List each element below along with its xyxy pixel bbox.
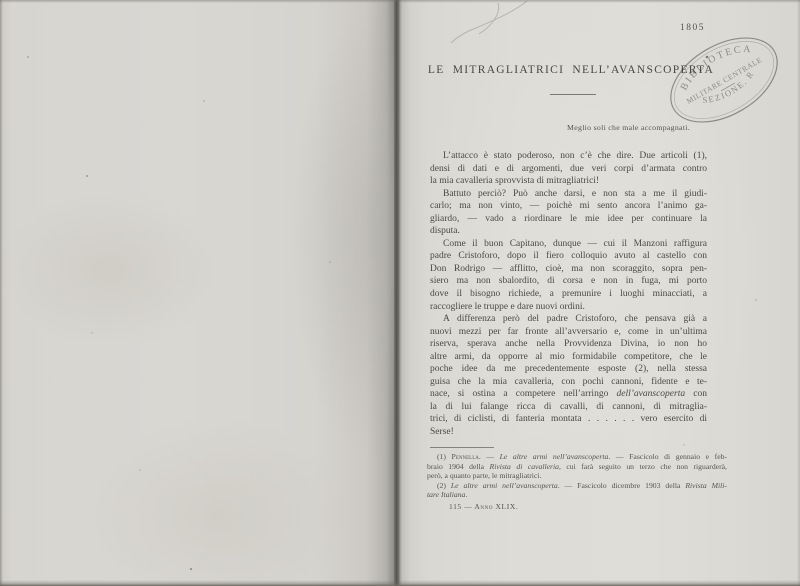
body-line: Don Rodrigo — afflitto, cioè, ma non sco… [430,264,707,277]
text-segment: però, a quanto parte, le mitragliatrici. [427,471,541,480]
body-line: densi di dati e di argomenti, due veri c… [430,164,707,177]
text-segment: Rivista di cavalleria [490,462,559,471]
body-line: Serse! [430,427,707,440]
text-segment: , cui farà seguito un terzo che non rigu… [559,462,727,471]
text-segment: nace, si ostina a competere nell’arringo [430,389,617,399]
body-line: riserva, sperava anche nella Provvidenza… [430,339,707,352]
text-segment: L’attacco è stato poderoso, non c’è che … [443,151,707,161]
text-segment: . — [479,452,500,461]
scan-edge-bottom [0,580,800,586]
library-stamp: BIBLIOTECA MILITARE CENTRALE SEZIONE. R [656,26,792,134]
footnote-separator [430,447,494,448]
text-segment: altre armi, da opporre al mio formidabil… [430,352,707,362]
body-line: poche idee da me precedentemente esposte… [430,364,707,377]
body-line: nuovi mezzi per far fronte all’avversari… [430,327,707,340]
body-line: disputa. [430,226,707,239]
footnote-line: braio 1904 della Rivista di cavalleria, … [427,462,727,472]
text-segment: guisa che la mia cavalleria, con pochi c… [430,377,707,387]
text-segment: (1) [437,452,452,461]
scan-edge-left [0,0,3,586]
text-segment: . — Fascicolo di gennaio e feb- [608,452,727,461]
body-line: trici, di ciclisti, di fanteria montata … [430,414,707,427]
text-segment: Le altre armi nell’avanscoperta [451,481,558,490]
text-segment: con [685,389,707,399]
body-line: nace, si ostina a competere nell’arringo… [430,389,707,402]
text-segment: trici, di ciclisti, di fanteria montata … [430,414,707,424]
body-line: A differenza però del padre Cristoforo, … [430,314,707,327]
left-blank-page [0,0,394,586]
footnote-line: (1) Pennella. — Le altre armi nell’avans… [427,452,727,462]
scanned-book-spread: 1805 LE MITRAGLIATRICI NELL’AVANSCOPERTA… [0,0,800,586]
text-segment: . [465,490,467,499]
body-line: raccogliere le truppe e dare nuovi ordin… [430,302,707,315]
body-text: L’attacco è stato poderoso, non c’è che … [430,151,707,440]
body-line: padre Cristoforo, dopo il fiero colloqui… [430,251,707,264]
body-line: dove il bisogno richiede, a premunire i … [430,289,707,302]
text-segment: A differenza però del padre Cristoforo, … [443,314,707,324]
body-line: altre armi, da opporre al mio formidabil… [430,352,707,365]
body-line: gliardo, — vado a riordinare le mie idee… [430,214,707,227]
scan-edge-top [0,0,800,3]
text-segment: braio 1904 della [427,462,490,471]
text-segment: padre Cristoforo, dopo il fiero colloqui… [430,251,707,261]
text-segment: dell’avanscoperta [617,389,686,399]
text-segment: Serse! [430,427,454,437]
book-gutter [394,0,402,586]
signature-line: 115 — Anno XLIX. [449,502,518,511]
body-line: guisa che la mia cavalleria, con pochi c… [430,377,707,390]
text-segment: siero ma non sbalordito, di corsa e non … [430,276,707,286]
title-rule [550,94,596,95]
footnote-line: però, a quanto parte, le mitragliatrici. [427,471,727,481]
text-segment: Pennella [452,452,479,461]
footnote-line: tare Italiana. [427,490,727,500]
right-page: 1805 LE MITRAGLIATRICI NELL’AVANSCOPERTA… [402,0,800,586]
text-segment: riserva, sperava anche nella Provvidenza… [430,339,707,349]
text-segment: Rivista Mili- [685,481,727,490]
text-segment: la mia cavalleria sprovvista di mitragli… [430,176,599,186]
body-line: carlo; ma non vinto, — poichè mi sento a… [430,201,707,214]
text-segment: . — Fascicolo dicembre 1903 della [558,481,686,490]
text-segment: Come il buon Capitano, dunque — cui il M… [443,239,707,249]
text-segment: Don Rodrigo — afflitto, cioè, ma non sco… [430,264,707,274]
text-segment: densi di dati e di argomenti, due veri c… [430,164,707,174]
body-line: siero ma non sbalordito, di corsa e non … [430,276,707,289]
body-line: Battuto perciò? Può anche darsi, e non s… [430,189,707,202]
text-segment: raccogliere le truppe e dare nuovi ordin… [430,302,585,312]
body-line: Come il buon Capitano, dunque — cui il M… [430,239,707,252]
text-segment: poche idee da me precedentemente esposte… [430,364,707,374]
text-segment: nuovi mezzi per far fronte all’avversari… [430,327,707,337]
epigraph: Meglio soli che male accompagnati. [430,123,690,132]
text-segment: disputa. [430,226,460,236]
text-segment: gliardo, — vado a riordinare le mie idee… [430,214,707,224]
text-segment: Le altre armi nell’avanscoperta [500,452,609,461]
footnote-line: (2) Le altre armi nell’avanscoperta. — F… [427,481,727,491]
footnotes: (1) Pennella. — Le altre armi nell’avans… [427,452,727,500]
body-line: L’attacco è stato poderoso, non c’è che … [430,151,707,164]
text-segment: Battuto perciò? Può anche darsi, e non s… [443,189,707,199]
text-segment: la di lui falange ricca di cavalli, di c… [430,402,707,412]
body-line: la mia cavalleria sprovvista di mitragli… [430,176,707,189]
body-line: la di lui falange ricca di cavalli, di c… [430,402,707,415]
text-segment: tare Italiana [427,490,465,499]
text-segment: dove il bisogno richiede, a premunire i … [430,289,707,299]
text-segment: (2) [437,481,451,490]
text-segment: carlo; ma non vinto, — poichè mi sento a… [430,201,707,211]
